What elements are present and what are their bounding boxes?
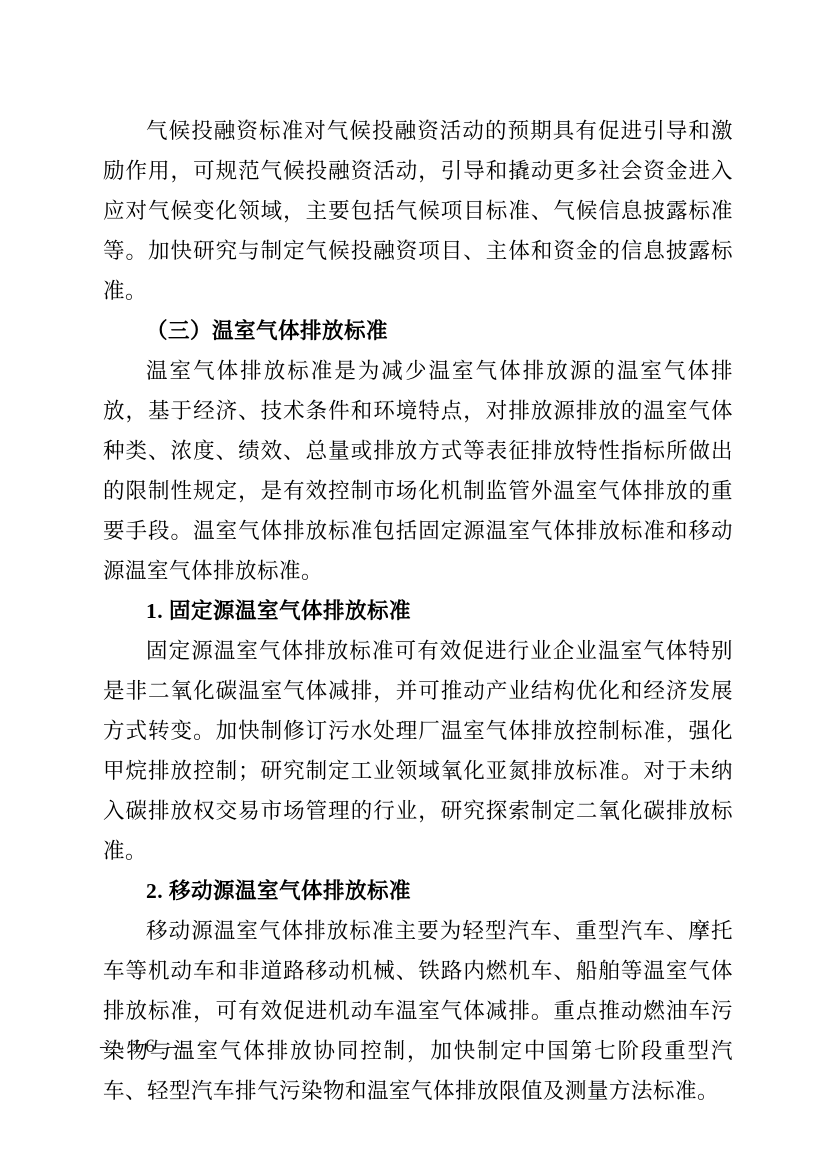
heading-section-3-greenhouse-gas-standards: （三）温室气体排放标准 [103, 311, 733, 351]
heading-1-stationary-source-standards: 1. 固定源温室气体排放标准 [103, 591, 733, 631]
page-footer: — 16 — [100, 1036, 191, 1058]
document-page: 气候投融资标准对气候投融资活动的预期具有促进引导和激励作用，可规范气候投融资活动… [0, 0, 826, 1169]
paragraph-greenhouse-gas-standards-overview: 温室气体排放标准是为减少温室气体排放源的温室气体排放，基于经济、技术条件和环境特… [103, 351, 733, 591]
page-number: — 16 — [100, 1036, 191, 1057]
paragraph-stationary-source-standards: 固定源温室气体排放标准可有效促进行业企业温室气体特别是非二氧化碳温室气体减排，并… [103, 631, 733, 871]
paragraph-climate-finance: 气候投融资标准对气候投融资活动的预期具有促进引导和激励作用，可规范气候投融资活动… [103, 111, 733, 311]
paragraph-mobile-source-standards: 移动源温室气体排放标准主要为轻型汽车、重型汽车、摩托车等机动车和非道路移动机械、… [103, 911, 733, 1111]
heading-2-mobile-source-standards: 2. 移动源温室气体排放标准 [103, 871, 733, 911]
document-body: 气候投融资标准对气候投融资活动的预期具有促进引导和激励作用，可规范气候投融资活动… [103, 111, 733, 1111]
